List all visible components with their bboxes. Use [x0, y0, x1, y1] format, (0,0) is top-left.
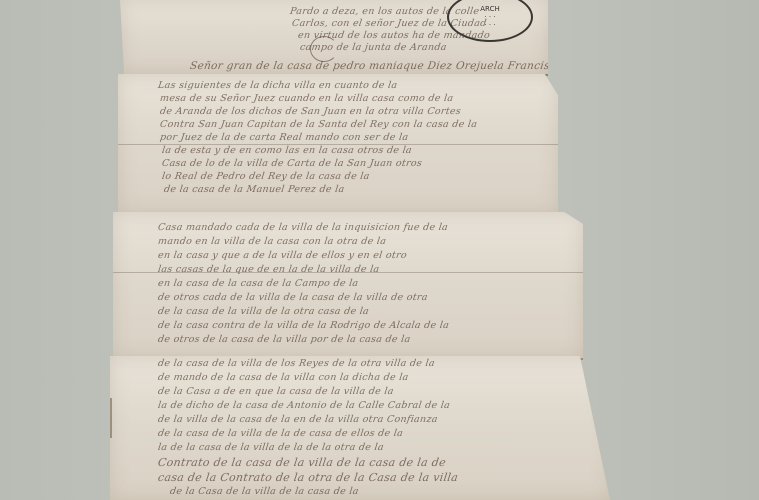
- manuscript-line: de mando de la casa de la villa con la d…: [157, 372, 409, 383]
- manuscript-line: mando en la villa de la casa con la otra…: [157, 236, 387, 247]
- manuscript-panel-2: Las siguientes de la dicha villa en cuan…: [118, 74, 558, 216]
- manuscript-line: de la casa de la villa de la de casa de …: [157, 428, 404, 439]
- manuscript-line: de la casa contra de la villa de la Rodr…: [157, 320, 450, 331]
- manuscript-line: lo Real de Pedro del Rey de la casa de l…: [161, 171, 370, 182]
- manuscript-line: por Juez de la de carta Real mando con s…: [159, 132, 409, 143]
- manuscript-line: Casa mandado cada de la villa de la inqu…: [157, 222, 449, 233]
- paper-crease: [113, 272, 583, 273]
- manuscript-line: de la Casa de la villa de la casa de la: [169, 486, 359, 497]
- manuscript-line: la de dicho de la casa de Antonio de la …: [157, 400, 451, 411]
- manuscript-line: de otros de la casa de la villa por de l…: [157, 334, 411, 345]
- manuscript-line: mesa de su Señor Juez cuando en la villa…: [159, 93, 454, 104]
- manuscript-line: Casa de lo de la villa de Carta de la Sa…: [161, 158, 423, 169]
- manuscript-line: de la casa de la Manuel Perez de la: [163, 184, 345, 195]
- manuscript-line: de la villa de la casa de la en de la vi…: [157, 414, 438, 425]
- manuscript-line: Contra San Juan Capitan de la Santa del …: [159, 119, 478, 130]
- manuscript-line: Las siguientes de la dicha villa en cuan…: [157, 80, 398, 91]
- manuscript-line: de la Casa a de en que la casa de la vil…: [157, 386, 394, 397]
- manuscript-line: Contrato de la casa de la villa de la ca…: [157, 456, 447, 469]
- seal-text: ARCH: [480, 5, 499, 13]
- manuscript-panel-3: Casa mandado cada de la villa de la inqu…: [113, 212, 583, 360]
- manuscript-line: campo de la junta de Aranda: [299, 42, 447, 53]
- paper-crease: [118, 144, 558, 145]
- seal-text: · · ·: [484, 21, 495, 29]
- string-tie: [110, 398, 112, 438]
- manuscript-line: de Aranda de los dichos de San Juan en l…: [159, 106, 461, 117]
- manuscript-line: en la casa de la casa de la Campo de la: [157, 278, 359, 289]
- manuscript-line: la de esta y de en como las en la casa o…: [161, 145, 412, 156]
- manuscript-line: de la casa de la villa de la otra casa d…: [157, 306, 370, 317]
- manuscript-line: la de la casa de la villa de la de la ot…: [157, 442, 384, 453]
- manuscript-line: de otros cada de la villa de la casa de …: [157, 292, 428, 303]
- manuscript-line: las casas de la que de en la de la villa…: [157, 264, 380, 275]
- manuscript-line: casa de la Contrato de la otra de la Cas…: [157, 471, 459, 484]
- manuscript-line: en la casa y que a de la villa de ellos …: [157, 250, 407, 261]
- manuscript-line: de la casa de la villa de los Reyes de l…: [157, 358, 435, 369]
- seal-text: · · ·: [484, 13, 495, 21]
- manuscript-panel-4: de la casa de la villa de los Reyes de l…: [110, 356, 610, 500]
- manuscript-line: Señor gran de la casa de pedro maniaque …: [189, 60, 548, 72]
